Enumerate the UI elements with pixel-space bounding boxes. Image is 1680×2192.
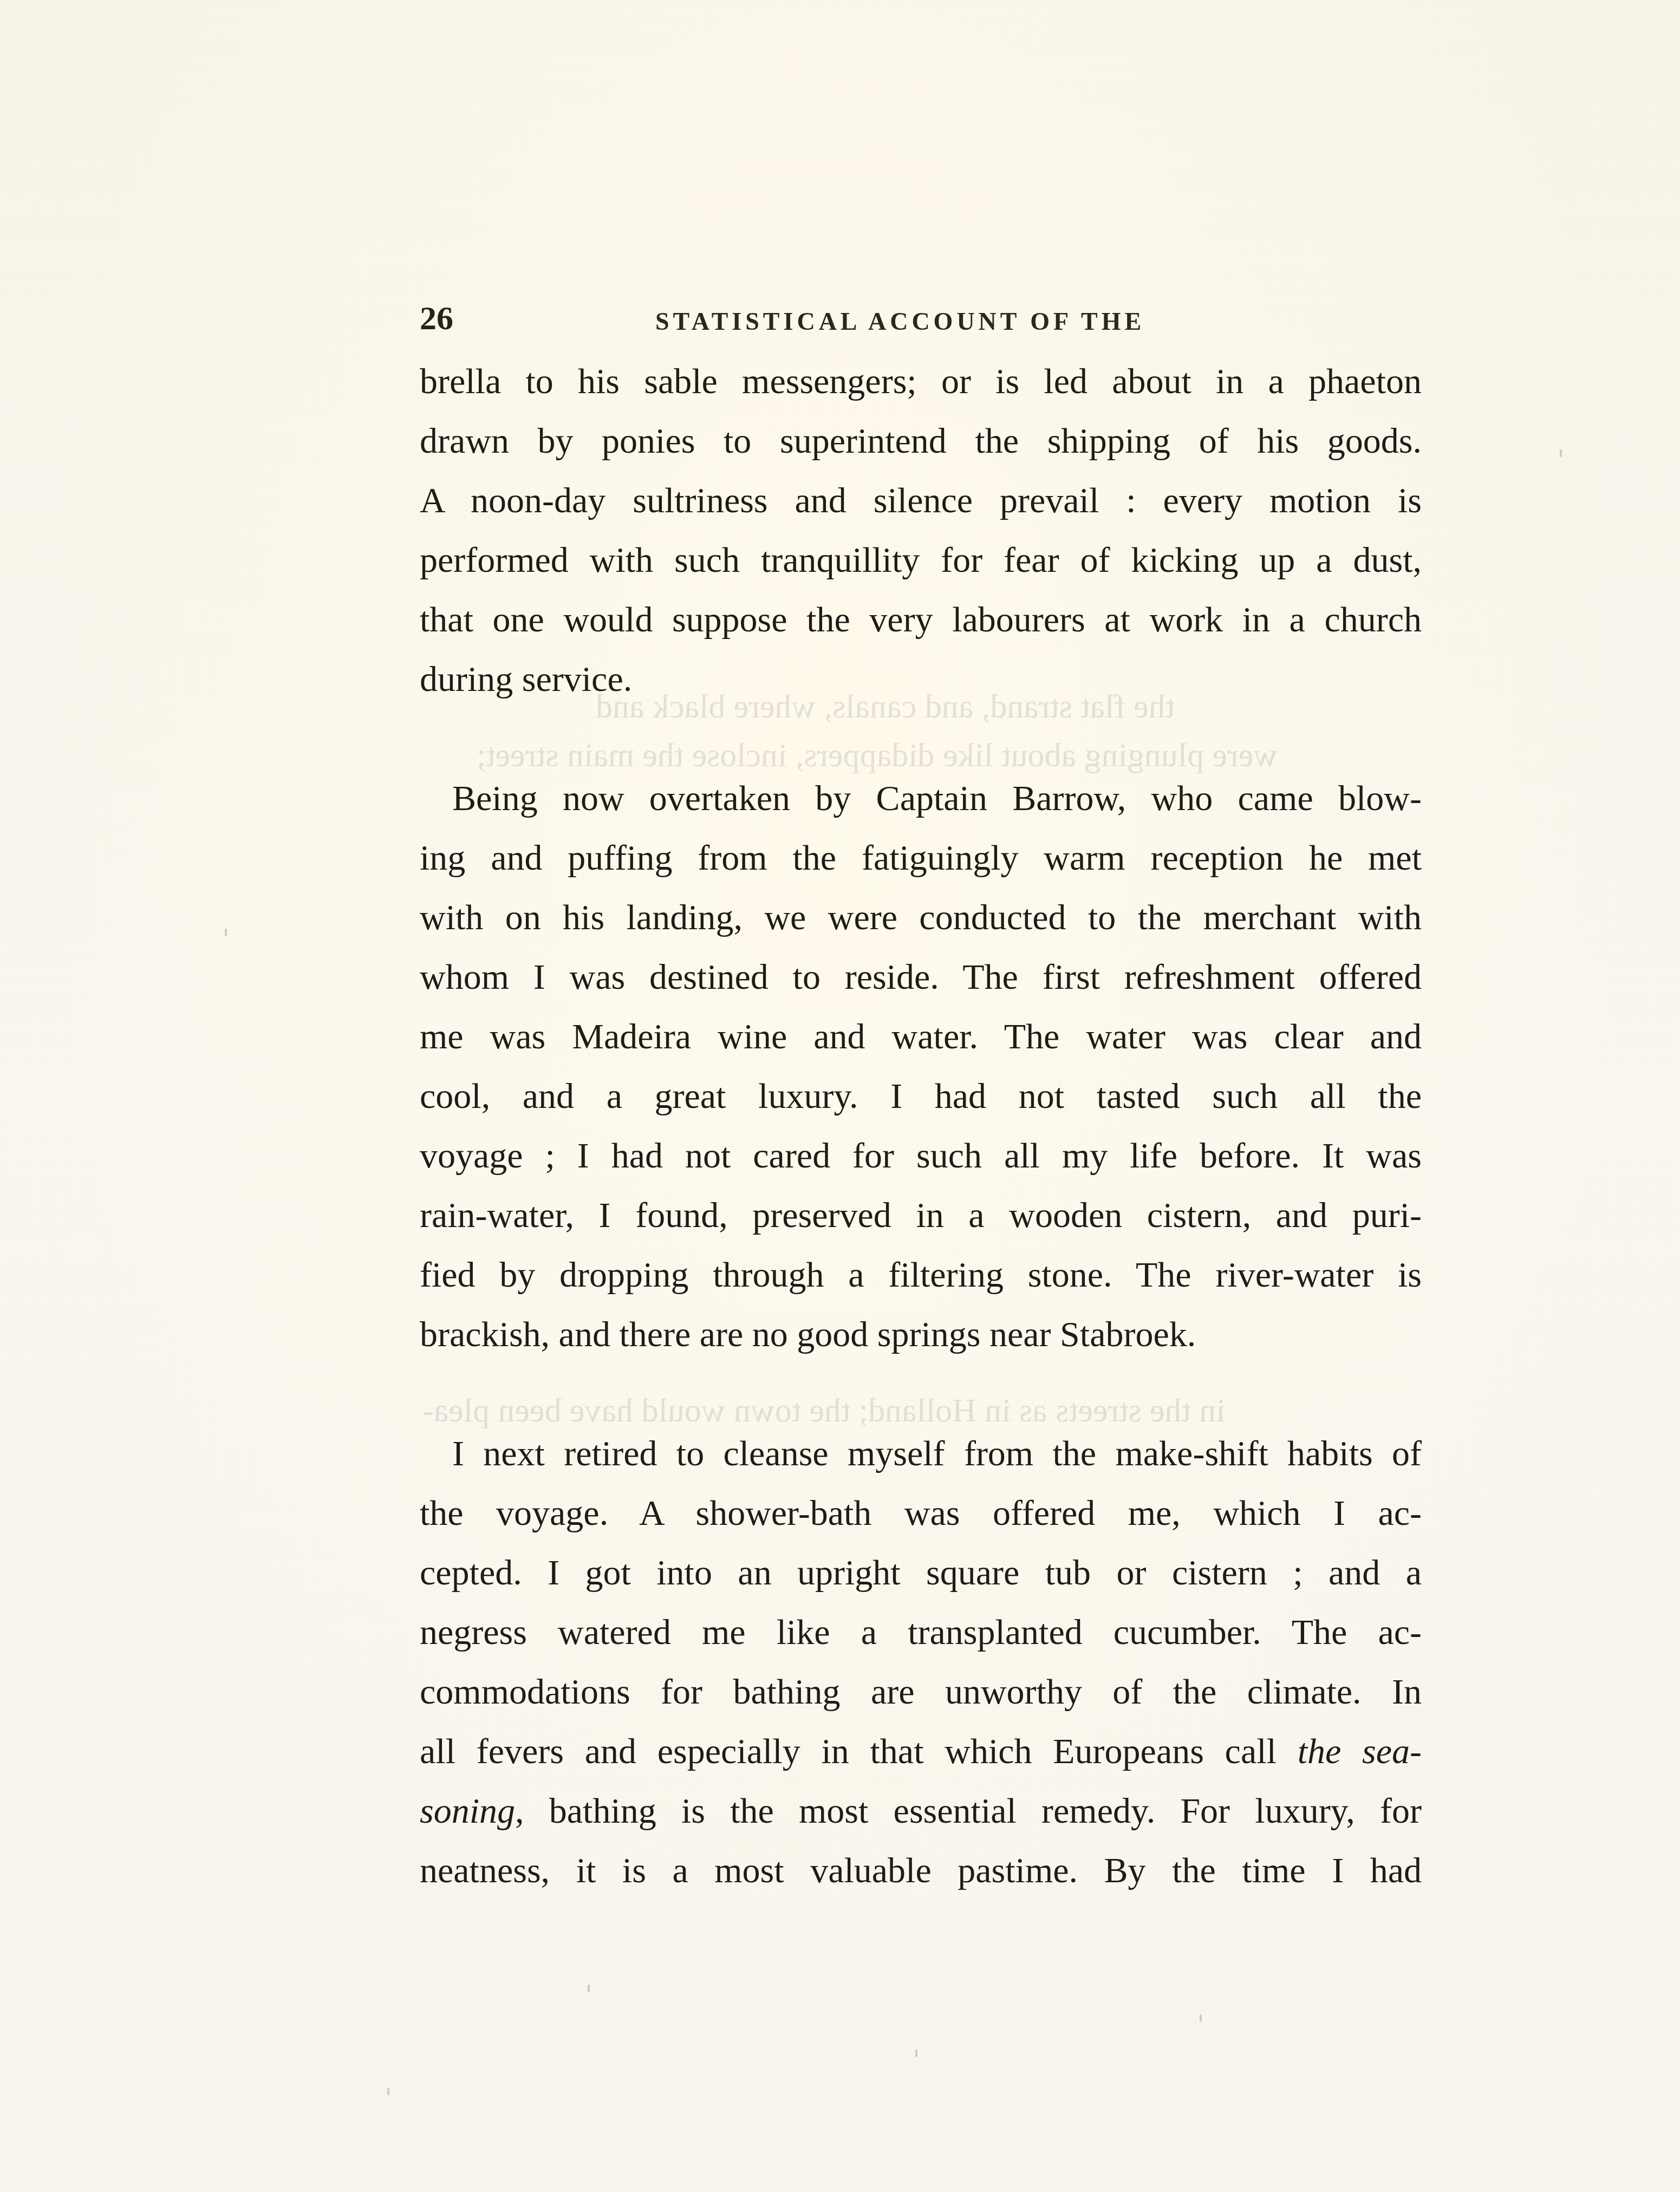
text-line: with on his landing, we were conducted t…: [420, 891, 1422, 945]
paper-speck: [387, 2087, 389, 2095]
running-title: STATISTICAL ACCOUNT OF THE: [655, 300, 1145, 343]
page-number: 26: [420, 297, 453, 340]
italic-term: soning: [420, 1791, 515, 1831]
paper-speck: [588, 1985, 590, 1992]
text-line-with-italic: soning, bathing is the most essential re…: [420, 1784, 1422, 1838]
paper-speck: [225, 929, 227, 936]
text-line: the voyage. A shower-bath was offered me…: [420, 1486, 1422, 1541]
text-line: commodations for bathing are unworthy of…: [420, 1665, 1422, 1719]
text-line: ing and puffing from the fatiguingly war…: [420, 831, 1422, 885]
text-segment: all fevers and especially in that which …: [420, 1732, 1277, 1771]
paper-speck: [1560, 449, 1562, 457]
text-line: brella to his sable messengers; or is le…: [420, 355, 1422, 409]
text-line: fied by dropping through a filtering sto…: [420, 1248, 1422, 1302]
text-line: performed with such tranquillity for fea…: [420, 533, 1422, 588]
text-line: rain-water, I found, preserved in a wood…: [420, 1189, 1422, 1243]
running-head: 26 STATISTICAL ACCOUNT OF THE: [420, 297, 1422, 340]
text-line: I next retired to cleanse myself from th…: [452, 1427, 1422, 1481]
text-line: me was Madeira wine and water. The water…: [420, 1010, 1422, 1064]
paper-speck: [915, 2050, 917, 2057]
text-line: A noon-day sultriness and silence prevai…: [420, 474, 1422, 528]
text-line: Being now overtaken by Captain Barrow, w…: [452, 772, 1422, 826]
paper-speck: [1200, 2014, 1202, 2022]
italic-term: the sea-: [1298, 1732, 1422, 1771]
text-line: cool, and a great luxury. I had not tast…: [420, 1069, 1422, 1124]
text-line: negress watered me like a transplanted c…: [420, 1606, 1422, 1660]
text-line: whom I was destined to reside. The first…: [420, 950, 1422, 1004]
text-line: neatness, it is a most valuable pastime.…: [420, 1844, 1422, 1898]
text-line: during service.: [420, 653, 1422, 707]
text-line: voyage ; I had not cared for such all my…: [420, 1129, 1422, 1183]
book-page: the flat strand, and canals, where black…: [0, 0, 1680, 2192]
text-line: drawn by ponies to superintend the shipp…: [420, 414, 1422, 468]
text-line: cepted. I got into an upright square tub…: [420, 1546, 1422, 1600]
text-segment: , bathing is the most essential remedy. …: [515, 1791, 1422, 1831]
text-line: that one would suppose the very labourer…: [420, 593, 1422, 647]
text-line-with-italic: all fevers and especially in that which …: [420, 1725, 1422, 1779]
text-line: brackish, and there are no good springs …: [420, 1308, 1422, 1362]
